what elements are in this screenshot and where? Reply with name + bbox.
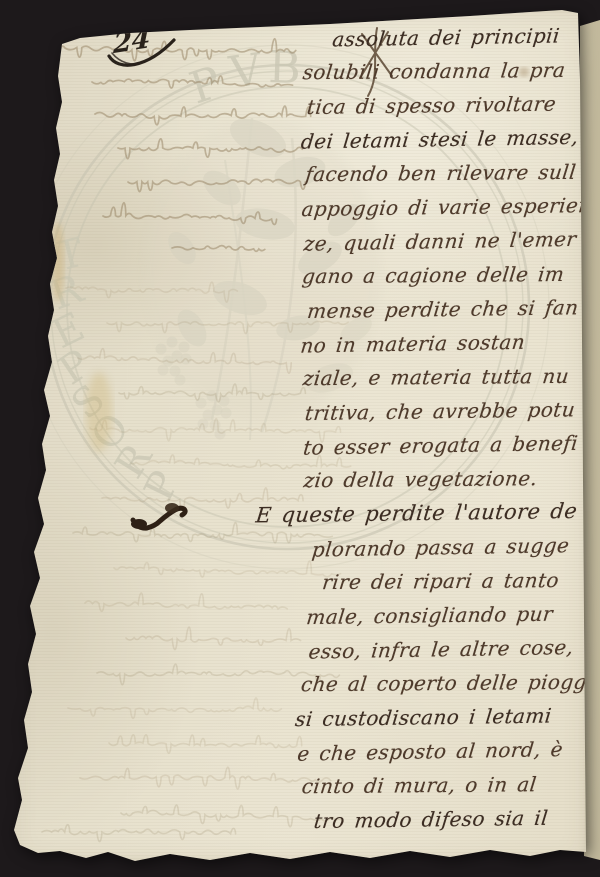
page-number: 24 bbox=[113, 23, 151, 60]
watermark-grape-dot bbox=[158, 365, 169, 376]
showthrough-line bbox=[60, 35, 296, 64]
manuscript-line: facendo ben rilevare sull bbox=[303, 159, 600, 196]
showthrough-line bbox=[80, 765, 331, 791]
manuscript-line: mense perdite che si fan bbox=[305, 295, 600, 334]
manuscript-line: e che esposto al nord, è bbox=[295, 736, 600, 776]
manuscript-line: plorando passa a sugge bbox=[310, 532, 600, 572]
manuscript-line: gano a cagione delle im bbox=[300, 261, 600, 298]
manuscript-line: si custodiscano i letami bbox=[293, 703, 600, 742]
manuscript-line: male, consigliando pur bbox=[304, 601, 600, 640]
watermark-grape-dot bbox=[221, 408, 232, 419]
watermark-grape-dot bbox=[156, 344, 167, 355]
manuscript-line: ziale, e materia tutta nu bbox=[301, 363, 600, 400]
manuscript-line: E queste perdite l'autore de bbox=[253, 499, 578, 538]
manuscript-line: rire dei ripari a tanto bbox=[320, 567, 600, 604]
manuscript-line: solubili condanna la pra bbox=[300, 57, 600, 94]
watermark-letter: P bbox=[184, 57, 228, 115]
manuscript-line: tritiva, che avrebbe potu bbox=[303, 397, 600, 436]
manuscript-line: tro modo difeso sia il bbox=[312, 805, 600, 844]
manuscript-line: zio della vegetazione. bbox=[301, 465, 600, 502]
manuscript-line: tica di spesso rivoltare bbox=[305, 91, 600, 130]
manuscript-line: to esser erogata a benefi bbox=[301, 430, 600, 470]
manuscript-text-column: assoluta dei principiisolubili condanna … bbox=[296, 24, 600, 842]
manuscript-line: assoluta dei principii bbox=[330, 22, 600, 62]
watermark-grape-dot bbox=[196, 398, 207, 409]
manuscript-line: appoggio di varie esperien bbox=[299, 193, 600, 232]
showthrough-line bbox=[68, 695, 282, 721]
manuscript-sheet-wrap: PVBTREPSORP bbox=[0, 0, 600, 877]
manuscript-line: ze, quali danni ne l'emer bbox=[302, 226, 600, 266]
manuscript-line: che al coperto delle piogge bbox=[299, 669, 600, 706]
manuscript-line: dei letami stesi le masse, bbox=[299, 124, 600, 164]
manuscript-line: cinto di mura, o in al bbox=[299, 771, 600, 808]
watermark-grape-dot bbox=[167, 337, 178, 348]
showthrough-line bbox=[126, 626, 301, 652]
showthrough-line bbox=[85, 592, 288, 615]
watermark-grape-dot bbox=[179, 342, 190, 353]
manuscript-sheet: PVBTREPSORP bbox=[0, 0, 600, 877]
stain bbox=[86, 372, 112, 452]
watermark-grape-dot bbox=[215, 429, 226, 440]
manuscript-line: no in materia sostan bbox=[298, 328, 600, 368]
scanned-manuscript-photo: PVBTREPSORP bbox=[0, 0, 600, 877]
watermark-grape-dot bbox=[175, 375, 186, 386]
manuscript-line: esso, infra le altre cose, bbox=[306, 634, 600, 674]
showthrough-line bbox=[42, 824, 236, 844]
showthrough-line bbox=[109, 733, 302, 756]
stain bbox=[52, 222, 64, 302]
